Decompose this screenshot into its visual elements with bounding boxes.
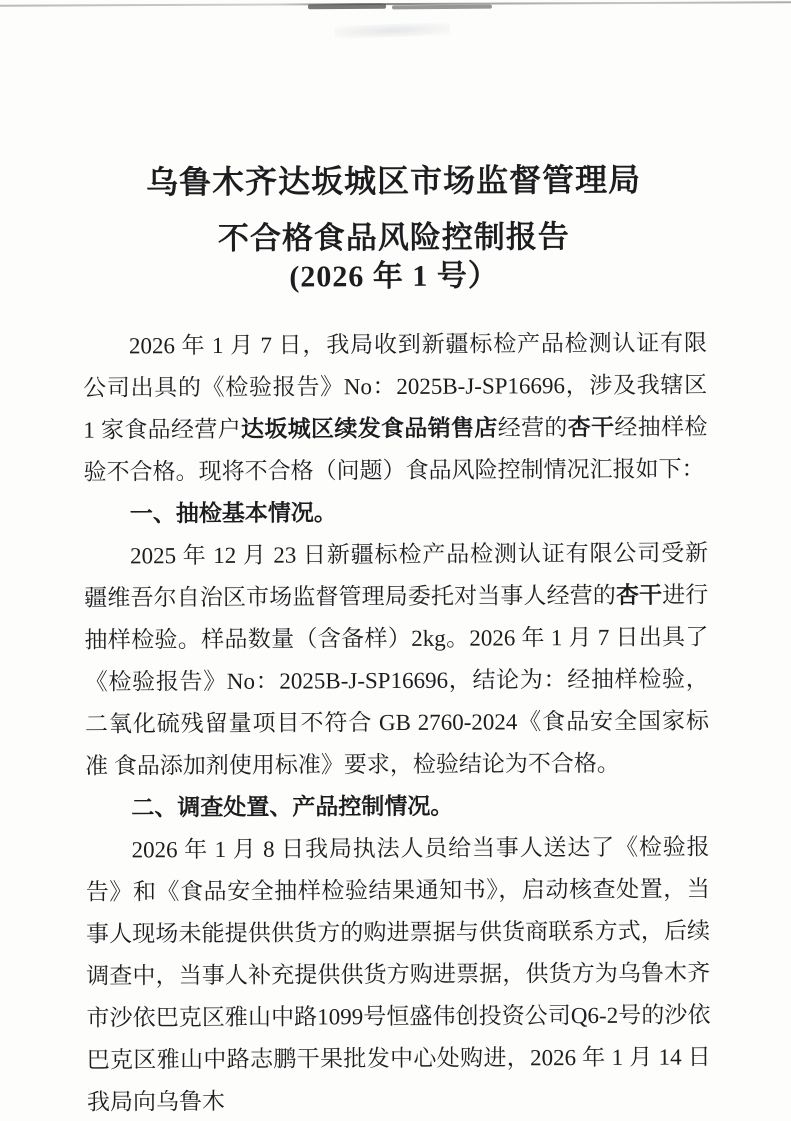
text-run-bold: 杏干 <box>616 583 662 608</box>
text-run-bold: 杏干 <box>568 415 615 440</box>
paragraph: 2026 年 1 月 7 日，我局收到新疆标检产品检测认证有限公司出具的《检验报… <box>83 322 708 493</box>
text-run-bold: 一、抽检基本情况。 <box>130 500 337 526</box>
paragraph: 2025 年 12 月 23 日新疆标检产品检测认证有限公司受新疆维吾尔自治区市… <box>84 532 709 787</box>
text-run: 经营的 <box>498 415 568 440</box>
section-heading: 二、调查处置、产品控制情况。 <box>85 784 709 829</box>
page-content: 乌鲁木齐达坂城区市场监督管理局 不合格食品风险控制报告 (2026 年 1 号）… <box>0 161 791 1121</box>
report-title-agency: 乌鲁木齐达坂城区市场监督管理局 <box>0 161 789 202</box>
scan-edge-dark-mark <box>308 4 386 10</box>
scan-edge-dark-mark <box>392 5 492 10</box>
paragraph: 2026 年 1 月 8 日我局执法人员给当事人送达了《检验报告》和《食品安全抽… <box>85 826 711 1121</box>
text-run: 进行抽样检验。样品数量（含备样）2kg。2026 年 1 月 7 日出具了《检验… <box>84 582 709 778</box>
text-run: 2025 年 12 月 23 日新疆标检产品检测认证有限公司受新疆维吾尔自治区市… <box>84 540 708 610</box>
report-title-block: 乌鲁木齐达坂城区市场监督管理局 不合格食品风险控制报告 (2026 年 1 号） <box>0 161 790 297</box>
scanned-document-page: 乌鲁木齐达坂城区市场监督管理局 不合格食品风险控制报告 (2026 年 1 号）… <box>0 0 791 1121</box>
scan-smudge-artifact <box>335 22 450 39</box>
text-run: 2026 年 1 月 8 日我局执法人员给当事人送达了《检验报告》和《食品安全抽… <box>86 834 711 1114</box>
text-run-bold: 达坂城区续发食品销售店 <box>241 415 498 441</box>
text-run-bold: 二、调查处置、产品控制情况。 <box>131 794 453 821</box>
report-title-number: (2026 年 1 号） <box>0 258 790 297</box>
section-heading: 一、抽检基本情况。 <box>84 490 708 535</box>
report-title-subject: 不合格食品风险控制报告 <box>0 218 789 258</box>
report-body: 2026 年 1 月 7 日，我局收到新疆标检产品检测认证有限公司出具的《检验报… <box>83 322 711 1121</box>
